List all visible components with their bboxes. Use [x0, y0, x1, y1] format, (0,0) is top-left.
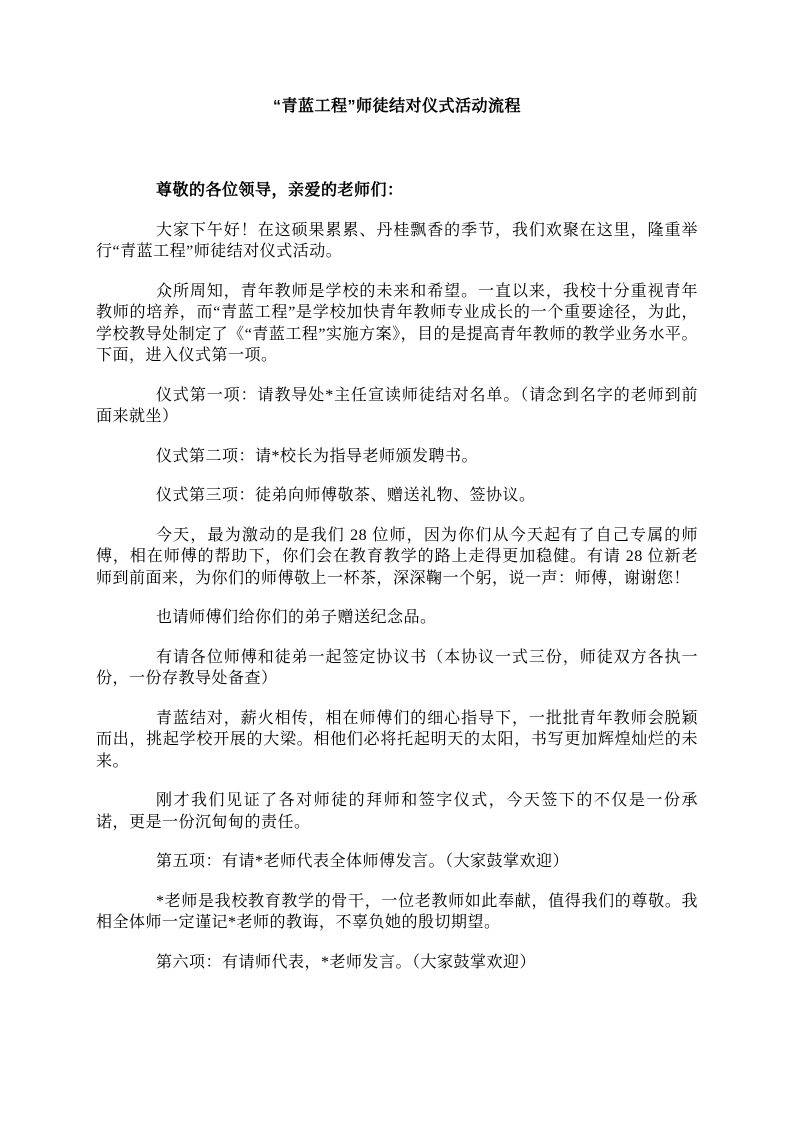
greeting-paragraph: 大家下午好！在这硕果累累、丹桂飘香的季节，我们欢聚在这里，隆重举行“青蓝工程”师… [96, 220, 698, 263]
mentor-tribute-paragraph: *老师是我校教育教学的骨干，一位老教师如此奉献，值得我们的尊敬。我相全体师一定谨… [96, 891, 698, 934]
tea-ceremony-paragraph: 今天，最为激动的是我们 28 位师，因为你们从今天起有了自己专属的师傅，相在师傅… [96, 525, 698, 590]
salutation: 尊敬的各位领导，亲爱的老师们： [96, 180, 698, 202]
blue-green-vision-paragraph: 青蓝结对，薪火相传，相在师傅们的细心指导下，一批批青年教师会脱颖而出，挑起学校开… [96, 708, 698, 773]
ceremony-item-5: 第五项：有请*老师代表全体师傅发言。（大家鼓掌欢迎） [96, 851, 698, 873]
document-title: “青蓝工程”师徒结对仪式活动流程 [96, 96, 698, 118]
agreement-signing-paragraph: 有请各位师傅和徒弟一起签定协议书（本协议一式三份，师徒双方各执一份，一份存教导处… [96, 647, 698, 690]
background-paragraph: 众所周知，青年教师是学校的未来和希望。一直以来，我校十分重视青年教师的培养，而“… [96, 281, 698, 367]
mentor-gifts-paragraph: 也请师傅们给你们的弟子赠送纪念品。 [96, 607, 698, 629]
commitment-paragraph: 刚才我们见证了各对师徒的拜师和签字仪式，今天签下的不仅是一份承诺，更是一份沉甸甸… [96, 790, 698, 833]
ceremony-item-3: 仪式第三项：徒弟向师傅敬茶、赠送礼物、签协议。 [96, 485, 698, 507]
ceremony-item-1: 仪式第一项：请教导处*主任宣读师徒结对名单。（请念到名字的老师到前面来就坐） [96, 385, 698, 428]
ceremony-item-6: 第六项：有请师代表，*老师发言。（大家鼓掌欢迎） [96, 952, 698, 974]
document-page: “青蓝工程”师徒结对仪式活动流程 尊敬的各位领导，亲爱的老师们： 大家下午好！在… [0, 0, 793, 1122]
ceremony-item-2: 仪式第二项：请*校长为指导老师颁发聘书。 [96, 446, 698, 468]
